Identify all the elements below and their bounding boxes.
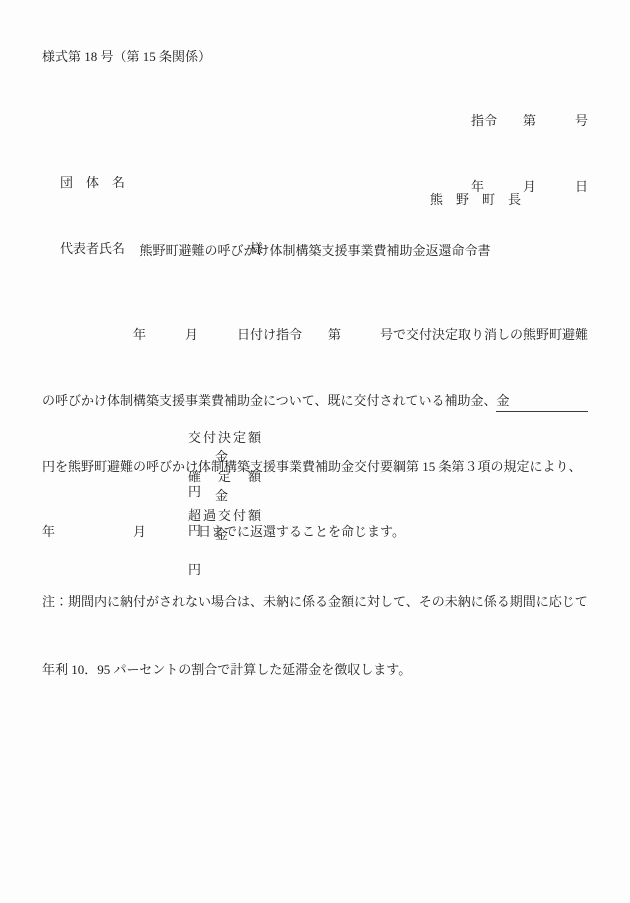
issuer-mayor-title: 熊 野 町 長 xyxy=(430,189,521,208)
addressee-block: 団 体 名 代表者氏名 様 xyxy=(60,128,263,304)
amount-label: 交付決定額 xyxy=(188,427,263,446)
amount-underline-blank: 金 xyxy=(496,390,588,413)
late-payment-note: 注：期間内に納付がされない場合は、未納に係る金額に対して、その未納に係る期間に応… xyxy=(42,546,588,726)
amount-prefix-kin: 金 xyxy=(496,393,509,408)
amount-label: 確 定 額 xyxy=(188,466,263,485)
form-number: 様式第 18 号（第 15 条関係） xyxy=(42,46,211,65)
header-meta: 指令 第 号 年 月 日 xyxy=(471,66,588,242)
body-line-2-text: の呼びかけ体制構築支援事業費補助金について、既に交付されている補助金、 xyxy=(42,390,496,413)
document-title: 熊野町避難の呼びかけ体制構築支援事業費補助金返還命令書 xyxy=(42,240,588,259)
body-line-1: 年 月 日付け指令 第 号で交付決定取り消しの熊野町避難 xyxy=(42,324,588,346)
note-line-1: 注：期間内に納付がされない場合は、未納に係る金額に対して、その未納に係る期間に応… xyxy=(42,591,588,614)
document-page: 様式第 18 号（第 15 条関係） 指令 第 号 年 月 日 団 体 名 代表… xyxy=(0,0,630,903)
currency-prefix: 金 xyxy=(215,524,228,543)
note-line-2: 年利 10．95 パーセントの割合で計算した延滞金を徴収します。 xyxy=(42,659,588,682)
amount-label: 超過交付額 xyxy=(188,505,263,524)
group-name-label: 団 体 名 xyxy=(60,172,263,194)
body-line-2: の呼びかけ体制構築支援事業費補助金について、既に交付されている補助金、 金 xyxy=(42,390,588,413)
directive-number-line: 指令 第 号 xyxy=(471,110,588,132)
